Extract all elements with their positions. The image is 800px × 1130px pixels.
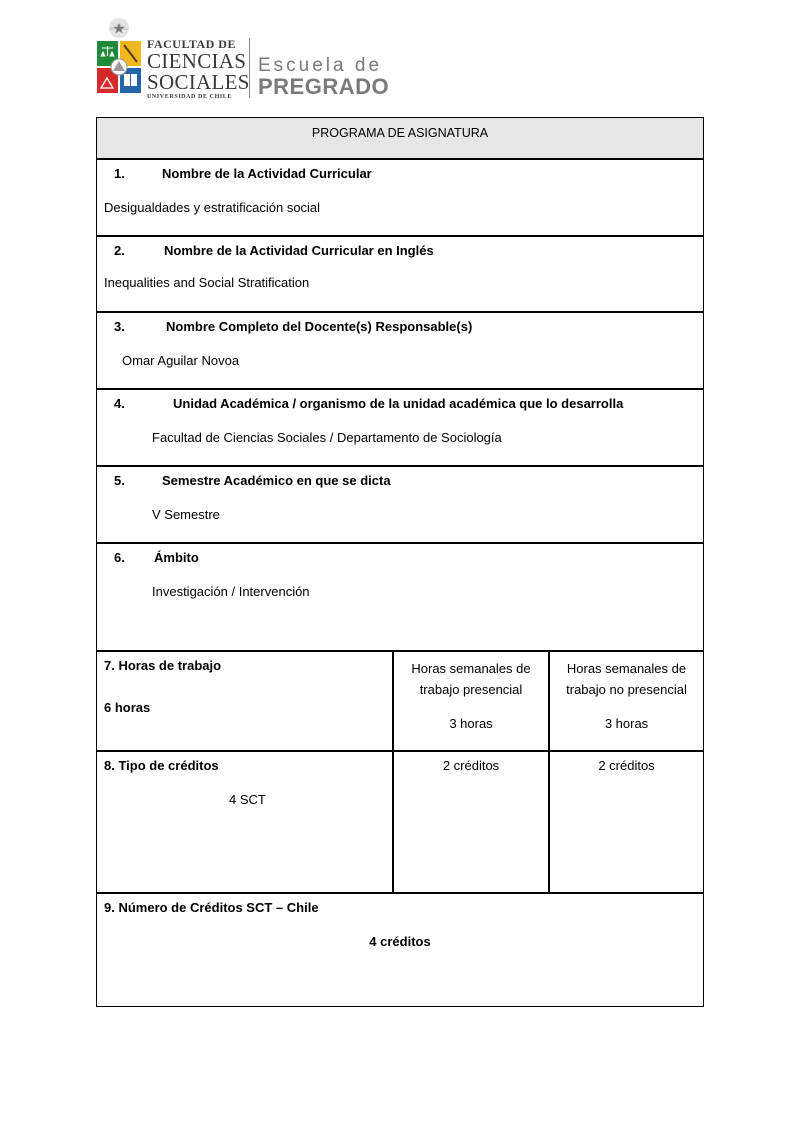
section-value: Omar Aguilar Novoa <box>122 353 239 368</box>
section-scope: 6. Ámbito Investigación / Intervención <box>97 544 703 652</box>
section-number: 5. <box>114 473 125 488</box>
presencial-label-line1: Horas semanales de <box>394 658 548 679</box>
section-title: Nombre de la Actividad Curricular en Ing… <box>164 243 434 258</box>
work-hours-title: 7. Horas de trabajo <box>104 658 221 673</box>
section-number: 1. <box>114 166 125 181</box>
section-value: Facultad de Ciencias Sociales / Departam… <box>152 430 502 445</box>
section-academic-unit: 4. Unidad Académica / organismo de la un… <box>97 390 703 467</box>
presencial-hours-value: 3 horas <box>394 713 548 734</box>
faculty-line-2: CIENCIAS <box>147 51 250 72</box>
university-name: UNIVERSIDAD DE CHILE <box>147 94 250 100</box>
section-number: 4. <box>114 396 125 411</box>
no-presencial-credits-value: 2 créditos <box>550 752 703 773</box>
section-sct-credits: 9. Número de Créditos SCT – Chile 4 créd… <box>97 894 703 1006</box>
faculty-logo: FACULTAD DE CIENCIAS SOCIALES UNIVERSIDA… <box>95 16 395 100</box>
faculty-line-3: SOCIALES <box>147 72 250 93</box>
university-emblem-icon <box>95 16 143 98</box>
sct-credits-title: 9. Número de Créditos SCT – Chile <box>104 900 319 915</box>
document-title: PROGRAMA DE ASIGNATURA <box>312 126 488 140</box>
sct-credits-value: 4 créditos <box>97 934 703 949</box>
no-presencial-label-line1: Horas semanales de <box>550 658 703 679</box>
logo-divider <box>249 38 250 98</box>
no-presencial-hours-cell: Horas semanales de trabajo no presencial… <box>550 652 703 750</box>
section-activity-name: 1. Nombre de la Actividad Curricular Des… <box>97 160 703 237</box>
section-value: Desigualdades y estratificación social <box>104 200 320 215</box>
school-line-1: Escuela de <box>258 56 382 75</box>
section-title: Semestre Académico en que se dicta <box>162 473 391 488</box>
section-title: Unidad Académica / organismo de la unida… <box>173 396 623 411</box>
section-number: 2. <box>114 243 125 258</box>
school-line-2: PREGRADO <box>258 76 389 98</box>
section-semester: 5. Semestre Académico en que se dicta V … <box>97 467 703 544</box>
work-hours-total-cell: 7. Horas de trabajo 6 horas <box>97 652 394 750</box>
section-value: Inequalities and Social Stratification <box>104 275 309 290</box>
presencial-label-line2: trabajo presencial <box>394 679 548 700</box>
section-work-hours: 7. Horas de trabajo 6 horas Horas semana… <box>97 652 703 752</box>
section-value: V Semestre <box>152 507 220 522</box>
section-activity-name-english: 2. Nombre de la Actividad Curricular en … <box>97 237 703 313</box>
credit-type-title: 8. Tipo de créditos <box>104 758 219 773</box>
section-title: Ámbito <box>154 550 199 565</box>
work-hours-total: 6 horas <box>104 700 150 715</box>
presencial-credits-cell: 2 créditos <box>394 752 550 892</box>
course-program-table: PROGRAMA DE ASIGNATURA 1. Nombre de la A… <box>96 117 704 1007</box>
section-number: 3. <box>114 319 125 334</box>
section-value: Investigación / Intervención <box>152 584 310 599</box>
section-title: Nombre de la Actividad Curricular <box>162 166 372 181</box>
document-title-row: PROGRAMA DE ASIGNATURA <box>97 118 703 160</box>
no-presencial-credits-cell: 2 créditos <box>550 752 703 892</box>
presencial-credits-value: 2 créditos <box>394 752 548 773</box>
section-number: 6. <box>114 550 125 565</box>
no-presencial-hours-value: 3 horas <box>550 713 703 734</box>
section-title: Nombre Completo del Docente(s) Responsab… <box>166 319 472 334</box>
credit-type-value: 4 SCT <box>229 792 266 807</box>
no-presencial-label-line2: trabajo no presencial <box>550 679 703 700</box>
faculty-name: FACULTAD DE CIENCIAS SOCIALES UNIVERSIDA… <box>147 38 250 100</box>
credit-type-cell: 8. Tipo de créditos 4 SCT <box>97 752 394 892</box>
section-credit-type: 8. Tipo de créditos 4 SCT 2 créditos 2 c… <box>97 752 703 894</box>
presencial-hours-cell: Horas semanales de trabajo presencial 3 … <box>394 652 550 750</box>
section-teacher: 3. Nombre Completo del Docente(s) Respon… <box>97 313 703 390</box>
